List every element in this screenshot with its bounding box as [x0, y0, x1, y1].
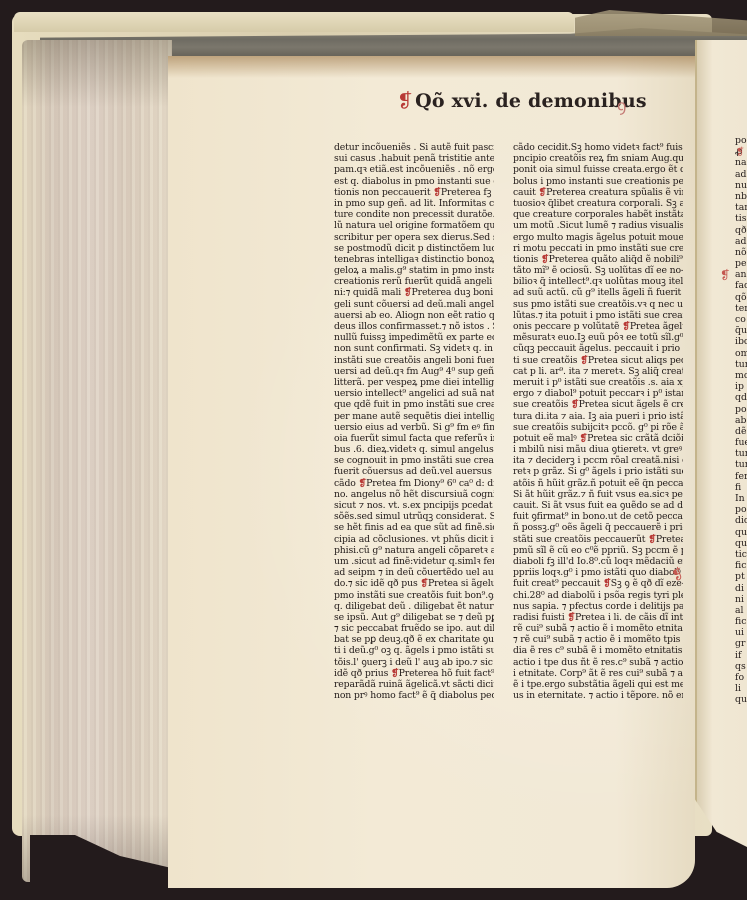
line-text: non prꝰ homo fact⁹ ẽ q̃ diabolus pec- — [334, 690, 494, 701]
text-line: pncipio creatõis reꝝ fm sniam Aug.qui — [513, 153, 683, 164]
text-line: uersio eius ad verbũ. Si g⁹ fm eꝰ finiam — [334, 422, 494, 433]
text-line: meruit i p⁰ istãti sue creatõis .s. aia … — [513, 377, 683, 388]
line-text: potuit eẽ malꝰ — [513, 433, 579, 444]
fragment-line: ibo — [735, 336, 747, 347]
line-text: auersi ab eo. Aliogn non eẽt ratio quare — [334, 310, 494, 321]
text-line: scribitur per opera sex dierus.Sed sic i… — [334, 232, 494, 243]
fragment-line: qs — [735, 661, 747, 672]
fragment-line: qu — [735, 694, 747, 705]
line-text: atõis ñ hũit grãz.ñ potuit eẽ q̃n peccar… — [513, 478, 683, 489]
line-text: cãdo — [334, 478, 359, 489]
line-text: que qdẽ fuit in pmo instãti sue creatõis… — [334, 399, 494, 410]
line-text: um .sicut ad finẽ:videtur q.simlꝛ fereba… — [334, 556, 494, 567]
text-line: do.⁊ sic idẽ qð pus ❡Pretea si ãgelus in — [334, 578, 494, 589]
text-line: q. diligebat deũ . diligebat ẽt naturalꝛ… — [334, 601, 494, 612]
text-line: in pmo sup geñ. ad lit. Informitas crea- — [334, 198, 494, 209]
text-line: retꝛ p grãz. Si g⁰ ãgels i prio istãti s… — [513, 466, 683, 477]
text-line: cipia ad cõclusiones. vt phũs dicit in 2… — [334, 534, 494, 545]
line-text: lũ natura uel origine formatõem que de — [334, 220, 494, 231]
line-text: rẽ cui⁹ subã ⁊ actio ẽ i momẽto etnitati… — [513, 623, 683, 634]
line-text: se postmodũ dicit p distinctõem lucis ad — [334, 243, 494, 254]
line-text: se hẽt finis ad ea que sũt ad finẽ.sicut… — [334, 522, 494, 533]
text-line: uersio intellect⁹ angelici ad suã natura… — [334, 388, 494, 399]
text-line: tenebras intelligaꝛ distinctio bonoꝝ an — [334, 254, 494, 265]
fragment-line: dẽ — [735, 426, 747, 437]
text-line: Si ãt hũit grãz.⁊ ñ fuit vsus ea.sicꝛ pe… — [513, 489, 683, 500]
line-text: phisi.cũ g⁹ natura angeli cõparetꝛ ad de — [334, 545, 494, 556]
text-line: lũ natura uel origine formatõem que de — [334, 220, 494, 231]
text-line: fuit ꝯfirmat⁹ in bono.ut de cetõ peccare — [513, 511, 683, 522]
fragment-line: fer — [735, 471, 747, 482]
line-text-after: Pretea pão — [656, 534, 683, 545]
fragment-line: po — [735, 404, 747, 415]
text-line: ni:⁊ quidã mali ❡Preterea duꝫ boni an — [334, 287, 494, 298]
text-line: mẽsuratꝛ euo.Iꝫ euũ pôꝛ ee totũ sĩl.g⁰ c… — [513, 332, 683, 343]
line-text: scribitur per opera sex dierus.Sed sic i… — [334, 232, 494, 243]
line-text: pncipio creatõis reꝝ fm sniam Aug.qui — [513, 153, 683, 164]
fragment-line: tur — [735, 448, 747, 459]
line-text: fuit creat⁹ peccauit — [513, 578, 603, 589]
text-line: reparãdã ruinã ãgelicã.vt sãcti diciũt.g… — [334, 679, 494, 690]
text-line: cauit ❡Preterea creatura spũalis ẽ vir — [513, 187, 683, 198]
pilcrow-icon: ❡ — [397, 90, 413, 112]
text-line: tuosioꝛ q̃libet creatura corporali. Sꝫ a… — [513, 198, 683, 209]
fragment-line: fo — [735, 672, 747, 683]
fragment-line: if — [735, 650, 747, 661]
book-photograph: ❡Qõ xvi. de demonibus ꝯ detur incõueniẽs… — [0, 0, 747, 900]
text-line: ad seipm ⁊ in deũ cõuertẽdo uel auertẽ- — [334, 567, 494, 578]
line-text: cat p li. ar⁹. ita ⁊ meretꝛ. Sꝫ aliq̃ cr… — [513, 366, 683, 377]
fragment-line: fue — [735, 437, 747, 448]
line-text: fuit ꝯfirmat⁹ in bono.ut de cetõ peccare — [513, 511, 683, 522]
text-line: ẽ i tpe.ergo substãtia ãgeli qui est med… — [513, 679, 683, 690]
fragment-line: fi — [735, 482, 747, 493]
line-text: tionis non peccauerit — [334, 187, 433, 198]
text-line: ⁊ rẽ cui⁹ subã ⁊ actio ẽ i momẽto tpis m… — [513, 634, 683, 645]
line-text: ñ possꝫ.g⁰ oẽs ãgeli q̃ peccauerẽ i prio… — [513, 522, 683, 533]
line-text: radisi fuisti — [513, 612, 567, 623]
text-line: no. angelus nõ hẽt discursiuã cognitõeꝫ. — [334, 489, 494, 500]
text-line: onis peccare p volũtatẽ ❡Pretea ãgelus — [513, 321, 683, 332]
text-line: lũtas.⁊ ita potuit i pmo istãti sue crea… — [513, 310, 683, 321]
text-line: pam.qꝛ etiã.est incõueniẽs . nõ ergo dõ — [334, 164, 494, 175]
text-line: ergo ⁊ diabol⁹ potuit peccarꝛ i p⁰ istan… — [513, 388, 683, 399]
line-text: instãti sue creatõis angeli boni fuerũt … — [334, 355, 494, 366]
line-text: per mane autẽ sequẽtis diei intelligiꝛ c… — [334, 411, 494, 422]
line-text: sicut ⁊ nos. vt. s.ex pncipijs pcedat i … — [334, 500, 494, 511]
line-text: retꝛ p grãz. Si g⁰ ãgels i prio istãti s… — [513, 466, 683, 477]
line-text-after: Sꝫ ꝯ ẽ qð dĩ eze- — [611, 578, 683, 589]
fragment-line: mo — [735, 370, 747, 381]
fragment-line: ad — [735, 236, 747, 247]
text-line: est q. diabolus in pmo instanti sue crea — [334, 176, 494, 187]
line-text: bolus i pmo instanti sue creationis pec- — [513, 176, 683, 187]
line-text: tura di.ita ⁊ aia. Iꝫ aia pueri i prio i… — [513, 411, 683, 422]
fragment-line: qu — [735, 527, 747, 538]
line-text: fuerit cõuersus ad deũ.vel auersus pec- — [334, 466, 494, 477]
line-text: ad seipm ⁊ in deũ cõuertẽdo uel auertẽ- — [334, 567, 494, 578]
line-text-after: Preterea fꝫ au⁹ — [441, 187, 494, 198]
line-text: sus pmo istãti sue creatõis.vꝛ q nec uo — [513, 299, 683, 310]
line-text: ppriis loqꝛ.g⁰ i pmo istãti quo diabolꝰ — [513, 567, 681, 578]
line-text: ita ⁊ deciderꝫ i pccm rõal creatã.nisi ꝯ… — [513, 455, 683, 466]
fragment-line: an — [735, 269, 747, 280]
text-line: ppriis loqꝛ.g⁰ i pmo istãti quo diabolꝰ — [513, 567, 683, 578]
text-line: deus illos confirmasset.⁊ nõ istos . Sed — [334, 321, 494, 332]
line-text: stãti sue creatõis peccauerũt — [513, 534, 648, 545]
text-line: se ipsũ. Aut g⁹ diligebat se ⁊ deũ pꝑter… — [334, 612, 494, 623]
line-text: q. diligebat deũ . diligebat ẽt naturalꝛ… — [334, 601, 494, 612]
text-line: um motũ .Sicut lumẽ ⁊ radius visualis . — [513, 220, 683, 231]
line-text: tãto mĩ⁹ ẽ ociosũ. Sꝫ uolũtas dĩ ee no- — [513, 265, 683, 276]
paragraph-mark-icon: ❡ — [579, 433, 587, 444]
fragment-line: tic — [735, 549, 747, 560]
text-line: fuit creat⁹ peccauit ❡Sꝫ ꝯ ẽ qð dĩ eze- — [513, 578, 683, 589]
text-line: cũqꝫ peccauit ãgelus. peccauit i prio is… — [513, 343, 683, 354]
line-text: diaboli fꝫ ill'd Io.8⁰.cũ loqꝛ mẽdaciũ e… — [513, 556, 683, 567]
fragment-line: li — [735, 683, 747, 694]
text-line: se hẽt finis ad ea que sũt ad finẽ.sicut… — [334, 522, 494, 533]
line-text: tenebras intelligaꝛ distinctio bonoꝝ an — [334, 254, 494, 265]
text-column-left: detur incõueniẽs . Si autẽ fuit pasciuss… — [334, 142, 494, 701]
line-text-after: Preterea duꝫ boni an — [412, 287, 494, 298]
paragraph-mark-icon: ❡ — [433, 187, 441, 198]
text-line: sue creatõis subijcitꝛ pccõ. g⁰ pi rõe ã… — [513, 422, 683, 433]
line-text: i mbilũ nisi mãu diua ꝯtieretꝛ. vt greꝰ … — [513, 444, 683, 455]
fragment-line: tur — [735, 459, 747, 470]
fragment-line: dic — [735, 515, 747, 526]
line-text: lũtas.⁊ ita potuit i pmo istãti sue crea… — [513, 310, 683, 321]
line-text: tionis — [513, 254, 541, 265]
text-line: ri motu peccati in pmo instãti sue crea- — [513, 243, 683, 254]
line-text-after: Preterea creatura spũalis ẽ vir — [546, 187, 683, 198]
fragment-line: ni — [735, 594, 747, 605]
line-text: ad suũ actũ. cũ g⁹ itells ãgeli ñ fuerit… — [513, 287, 683, 298]
fragment-line: nu — [735, 180, 747, 191]
text-line: per mane autẽ sequẽtis diei intelligiꝛ c… — [334, 411, 494, 422]
page-top-stain — [168, 56, 695, 78]
line-text: onis peccare p volũtatẽ — [513, 321, 622, 332]
fragment-line: In — [735, 493, 747, 504]
fragment-line: qð — [735, 225, 747, 236]
fragment-line: ter — [735, 303, 747, 314]
text-line: tõis.l' ꝯuerꝫ i deũ l' auꝫ ab ipo.⁊ sic — [334, 657, 494, 668]
text-line: se cognouit in pmo instãti sue creationi… — [334, 455, 494, 466]
text-line: se postmodũ dicit p distinctõem lucis ad — [334, 243, 494, 254]
line-text-after: Pretea fm Diony⁹ 6⁰ ca⁰ d: di- — [366, 478, 494, 489]
text-line: fuerit cõuersus ad deũ.vel auersus pec- — [334, 466, 494, 477]
text-line: tionis ❡Preterea quãto aliq̃d ẽ nobili⁹. — [513, 254, 683, 265]
fragment-line: gr — [735, 638, 747, 649]
fragment-line: fic — [735, 560, 747, 571]
next-page-margin-mark: ❡ — [720, 268, 730, 282]
text-line: pmũ sĩl ẽ cũ eo c⁰ẽ ppriũ. Sꝫ pccm ẽ ppr… — [513, 545, 683, 556]
line-text: us in eternitate. ⁊ actio i tẽpore. nõ e… — [513, 690, 683, 701]
fragment-line: tan — [735, 202, 747, 213]
fragment-line: al — [735, 605, 747, 616]
fragment-line: nb — [735, 191, 747, 202]
fragment-line: pt — [735, 571, 747, 582]
line-text: cauit. Si ãt vsus fuit ea ꝯuẽdo se ad de… — [513, 500, 683, 511]
line-text: mẽsuratꝛ euo.Iꝫ euũ pôꝛ ee totũ sĩl.g⁰ c… — [513, 332, 683, 343]
text-line: stãti sue creatõis peccauerũt ❡Pretea pã… — [513, 534, 683, 545]
fragment-line: po — [735, 135, 747, 146]
line-text: bat se pꝑ deuꝫ.qð ẽ ex charitate ꝯuer- — [334, 634, 494, 645]
paragraph-mark-icon: ❡ — [420, 578, 428, 589]
line-text: ture condite non precessit duratõe.fꝫ so… — [334, 209, 494, 220]
text-line: nus sapia. ⁊ pfectus corde i delitijs pa… — [513, 601, 683, 612]
fragment-line: di — [735, 583, 747, 594]
paragraph-mark-icon: ❡ — [539, 187, 547, 198]
text-line: non prꝰ homo fact⁹ ẽ q̃ diabolus pec- — [334, 690, 494, 701]
line-text: cãdo cecidit.Sꝫ homo videtꝛ fact⁹ fuisse… — [513, 142, 683, 153]
line-text: meruit i p⁰ istãti sue creatõis .s. aia … — [513, 377, 683, 388]
line-text: nullũ fuissꝫ impedimẽtũ ex parte eorũ q̃ — [334, 332, 494, 343]
line-text: tõis.l' ꝯuerꝫ i deũ l' auꝫ ab ipo.⁊ sic — [334, 657, 493, 668]
line-text: cipia ad cõclusiones. vt phũs dicit in 2… — [334, 534, 494, 545]
fragment-line: om — [735, 348, 747, 359]
paragraph-mark-icon: ❡ — [571, 399, 579, 410]
text-line: ñ possꝫ.g⁰ oẽs ãgeli q̃ peccauerẽ i prio… — [513, 522, 683, 533]
line-text: Si ãt hũit grãz.⁊ ñ fuit vsus ea.sicꝛ pe… — [513, 489, 683, 500]
text-line: cat p li. ar⁹. ita ⁊ meretꝛ. Sꝫ aliq̃ cr… — [513, 366, 683, 377]
line-text: i etnitate. Corp⁹ ãt ẽ res cui⁹ subã ⁊ a… — [513, 668, 683, 679]
fragment-line: na — [735, 157, 747, 168]
line-text: sue creatõis — [513, 399, 571, 410]
text-line: tionis non peccauerit ❡Preterea fꝫ au⁹ — [334, 187, 494, 198]
fragment-line: ab — [735, 415, 747, 426]
line-text: uersio intellect⁹ angelici ad suã natura… — [334, 388, 494, 399]
text-line: detur incõueniẽs . Si autẽ fuit pascius — [334, 142, 494, 153]
text-line: instãti sue creatõis angeli boni fuerũt … — [334, 355, 494, 366]
text-line: ture condite non precessit duratõe.fꝫ so… — [334, 209, 494, 220]
line-text: ⁊ sic peccabat fruẽdo se ipo. aut dilige… — [334, 623, 494, 634]
fragment-line: qõ — [735, 292, 747, 303]
line-text: chi.28⁰ ad diabolũ i psõa regis tyri ple… — [513, 590, 683, 601]
next-page-rubric-mark: ❡ — [736, 147, 744, 158]
line-text: in pmo sup geñ. ad lit. Informitas crea- — [334, 198, 494, 209]
line-text: se ipsũ. Aut g⁹ diligebat se ⁊ deũ pꝑter… — [334, 612, 494, 623]
line-text: actio i tpe dus ñt ẽ res.c⁹ subã ⁊ actio… — [513, 657, 683, 668]
line-text: ni:⁊ quidã mali — [334, 287, 404, 298]
text-line: uersi ad deũ.qꝛ fm Aug⁹ 4⁰ sup geñ.ad — [334, 366, 494, 377]
text-line: que qdẽ fuit in pmo instãti sue creatõis… — [334, 399, 494, 410]
line-text-after: Pretea sicut aliqs pec- — [588, 355, 683, 366]
text-line: geli sunt cõuersi ad deũ.mali angeli sun… — [334, 299, 494, 310]
line-text: ⁊ rẽ cui⁹ subã ⁊ actio ẽ i momẽto tpis m… — [513, 634, 683, 645]
fragment-line: q̃u — [735, 325, 747, 336]
line-text: uersi ad deũ.qꝛ fm Aug⁹ 4⁰ sup geñ.ad — [334, 366, 494, 377]
text-line: sicut ⁊ nos. vt. s.ex pncipijs pcedat i … — [334, 500, 494, 511]
text-line: bilioꝛ q̃ intellect⁹.qꝛ uolũtas mouꝫ ite… — [513, 276, 683, 287]
line-text: tuosioꝛ q̃libet creatura corporali. Sꝫ a… — [513, 198, 683, 209]
text-line: bat se pꝑ deuꝫ.qð ẽ ex charitate ꝯuer- — [334, 634, 494, 645]
text-line: sue creatõis ❡Pretea sicut ãgels ẽ cre- — [513, 399, 683, 410]
line-text: dia ẽ res c⁹ subã ẽ i momẽto etnitatis .… — [513, 645, 683, 656]
text-line: rẽ cui⁹ subã ⁊ actio ẽ i momẽto etnitati… — [513, 623, 683, 634]
line-text-after: Preterea hõ fuit fact⁹ad — [399, 668, 494, 679]
text-line: que creature corporales habẽt instãtane — [513, 209, 683, 220]
text-line: ita ⁊ deciderꝫ i pccm rõal creatã.nisi ꝯ… — [513, 455, 683, 466]
fragment-line: co — [735, 314, 747, 325]
line-text: sui casus .habuit penã tristitie ante cu… — [334, 153, 494, 164]
next-page-text-fragment: poꝓnaadnunbtantisqðadnõpeanfacqõtercoq̃u… — [735, 135, 747, 706]
line-text: oia fuerũt simul facta que referũꝛ in op… — [334, 433, 494, 444]
text-line: us in eternitate. ⁊ actio i tẽpore. nõ e… — [513, 690, 683, 701]
text-line: non sunt confirmati. Sꝫ videtꝛ q. in pmo — [334, 343, 494, 354]
line-text: no. angelus nõ hẽt discursiuã cognitõeꝫ. — [334, 489, 494, 500]
fragment-line: ad — [735, 169, 747, 180]
text-line: chi.28⁰ ad diabolũ i psõa regis tyri ple… — [513, 590, 683, 601]
line-text: pmũ sĩl ẽ cũ eo c⁰ẽ ppriũ. Sꝫ pccm ẽ ppr… — [513, 545, 683, 556]
line-text: bus .6. dieꝝ.videtꝛ q. simul angelus cum — [334, 444, 494, 455]
line-text: sue creatõis subijcitꝛ pccõ. g⁰ pi rõe ã… — [513, 422, 683, 433]
paragraph-mark-icon: ❡ — [404, 287, 412, 298]
fragment-line: tis — [735, 213, 747, 224]
line-text: um motũ .Sicut lumẽ ⁊ radius visualis . — [513, 220, 683, 231]
text-line: bus .6. dieꝝ.videtꝛ q. simul angelus cum — [334, 444, 494, 455]
line-text: cauit — [513, 187, 539, 198]
running-head-text: Qõ xvi. de demonibus — [415, 90, 647, 112]
line-text: pam.qꝛ etiã.est incõueniẽs . nõ ergo dõ — [334, 164, 494, 175]
line-text: non sunt confirmati. Sꝫ videtꝛ q. in pmo — [334, 343, 494, 354]
line-text: bilioꝛ q̃ intellect⁹.qꝛ uolũtas mouꝫ ite… — [513, 276, 683, 287]
line-text-after: Pretea sicut ãgels ẽ cre- — [579, 399, 683, 410]
text-line: ti i deũ.g⁰ oꝫ q. ãgels i pmo istãti sue… — [334, 645, 494, 656]
fragment-line: ui — [735, 627, 747, 638]
line-text: geli sunt cõuersi ad deũ.mali angeli sun… — [334, 299, 494, 310]
line-text-after: Pretea i li. de cãis dĩ inter — [575, 612, 683, 623]
line-text: ti sue creatõis — [513, 355, 580, 366]
text-line: bolus i pmo instanti sue creationis pec- — [513, 176, 683, 187]
text-line: tura di.ita ⁊ aia. Iꝫ aia pueri i prio i… — [513, 411, 683, 422]
text-line: oia fuerũt simul facta que referũꝛ in op… — [334, 433, 494, 444]
paragraph-mark-icon: ❡ — [541, 254, 549, 265]
line-text: ergo multo magis ãgelus potuit moue- — [513, 232, 683, 243]
text-line: dia ẽ res c⁹ subã ẽ i momẽto etnitatis .… — [513, 645, 683, 656]
fragment-line: fac — [735, 280, 747, 291]
text-line: radisi fuisti ❡Pretea i li. de cãis dĩ i… — [513, 612, 683, 623]
margin-annotation: ꝯ — [617, 94, 626, 116]
line-text: ergo ⁊ diabol⁹ potuit peccarꝛ i p⁰ istan… — [513, 388, 683, 399]
text-line: um .sicut ad finẽ:videtur q.simlꝛ fereba… — [334, 556, 494, 567]
fragment-line: nõ — [735, 247, 747, 258]
paragraph-mark-icon: ❡ — [648, 534, 656, 545]
text-line: phisi.cũ g⁹ natura angeli cõparetꝛ ad de — [334, 545, 494, 556]
text-line: sõẽs.sed simul utrũqꝫ considerat. Sic ãt — [334, 511, 494, 522]
line-text-after: Preterea quãto aliq̃d ẽ nobili⁹. — [549, 254, 683, 265]
line-text: ponit oia simul fuisse creata.ergo ẽt di… — [513, 164, 683, 175]
paragraph-mark-icon: ❡ — [622, 321, 630, 332]
text-line: cauit. Si ãt vsus fuit ea ꝯuẽdo se ad de… — [513, 500, 683, 511]
line-text: reparãdã ruinã ãgelicã.vt sãcti diciũt.g… — [334, 679, 494, 690]
text-line: ti sue creatõis ❡Pretea sicut aliqs pec- — [513, 355, 683, 366]
text-line: ergo multo magis ãgelus potuit moue- — [513, 232, 683, 243]
text-line: geloꝝ a malis.g⁹ statim in pmo instanti — [334, 265, 494, 276]
fragment-line: tur — [735, 359, 747, 370]
line-text: geloꝝ a malis.g⁹ statim in pmo instanti — [334, 265, 494, 276]
line-text: que creature corporales habẽt instãtane — [513, 209, 683, 220]
fragment-line: qd — [735, 392, 747, 403]
line-text-after: Pretea sic crãtã dciõis — [587, 433, 683, 444]
line-text: uersio eius ad verbũ. Si g⁹ fm eꝰ finiam — [334, 422, 494, 433]
line-text: est q. diabolus in pmo instanti sue crea — [334, 176, 494, 187]
fragment-line: qu — [735, 538, 747, 549]
text-line: sus pmo istãti sue creatõis.vꝛ q nec uo — [513, 299, 683, 310]
line-text: creationis rerũ fuerũt quidã angeli bo- — [334, 276, 494, 287]
text-line: pmo instãti sue creatõis fuit bon⁹.ꝯstat — [334, 590, 494, 601]
text-line: creationis rerũ fuerũt quidã angeli bo- — [334, 276, 494, 287]
fragment-line: fic — [735, 616, 747, 627]
line-text: cũqꝫ peccauit ãgelus. peccauit i prio is… — [513, 343, 683, 354]
paragraph-mark-icon: ❡ — [359, 478, 367, 489]
text-line: diaboli fꝫ ill'd Io.8⁰.cũ loqꝛ mẽdaciũ e… — [513, 556, 683, 567]
text-line: idẽ qð prius ❡Preterea hõ fuit fact⁹ad — [334, 668, 494, 679]
paragraph-mark-icon: ❡ — [567, 612, 575, 623]
text-line: potuit eẽ malꝰ ❡Pretea sic crãtã dciõis — [513, 433, 683, 444]
line-text: ri motu peccati in pmo instãti sue crea- — [513, 243, 683, 254]
running-head: ❡Qõ xvi. de demonibus — [397, 90, 647, 112]
paragraph-mark-icon: ❡ — [580, 355, 588, 366]
fragment-line: ip — [735, 381, 747, 392]
fragment-line: po — [735, 504, 747, 515]
paragraph-mark-icon: ❡ — [391, 668, 399, 679]
text-line: ponit oia simul fuisse creata.ergo ẽt di… — [513, 164, 683, 175]
text-line: i mbilũ nisi mãu diua ꝯtieretꝛ. vt greꝰ … — [513, 444, 683, 455]
text-line: nullũ fuissꝫ impedimẽtũ ex parte eorũ q̃ — [334, 332, 494, 343]
line-text: se cognouit in pmo instãti sue creationi… — [334, 455, 494, 466]
text-line: actio i tpe dus ñt ẽ res.c⁹ subã ⁊ actio… — [513, 657, 683, 668]
text-line: sui casus .habuit penã tristitie ante cu… — [334, 153, 494, 164]
line-text: nus sapia. ⁊ pfectus corde i delitijs pa… — [513, 601, 683, 612]
text-line: cãdo ❡Pretea fm Diony⁹ 6⁰ ca⁰ d: di- — [334, 478, 494, 489]
text-line: ad suũ actũ. cũ g⁹ itells ãgeli ñ fuerit… — [513, 287, 683, 298]
text-line: i etnitate. Corp⁹ ãt ẽ res cui⁹ subã ⁊ a… — [513, 668, 683, 679]
line-text-after: Pretea si ãgelus in — [428, 578, 494, 589]
text-column-right: cãdo cecidit.Sꝫ homo videtꝛ fact⁹ fuisse… — [513, 142, 683, 701]
binding-top-lip — [14, 12, 574, 32]
line-text: ẽ i tpe.ergo substãtia ãgeli qui est med… — [513, 679, 683, 690]
text-line: tãto mĩ⁹ ẽ ociosũ. Sꝫ uolũtas dĩ ee no- — [513, 265, 683, 276]
line-text: idẽ qð prius — [334, 668, 391, 679]
line-text: detur incõueniẽs . Si autẽ fuit pascius — [334, 142, 494, 153]
line-text-after: Pretea ãgelus — [630, 321, 683, 332]
line-text: litterã. per vespeꝝ pme diei intelligiꝛ … — [334, 377, 494, 388]
text-line: auersi ab eo. Aliogn non eẽt ratio quare — [334, 310, 494, 321]
text-line: litterã. per vespeꝝ pme diei intelligiꝛ … — [334, 377, 494, 388]
fragment-line: pe — [735, 258, 747, 269]
line-text: deus illos confirmasset.⁊ nõ istos . Sed — [334, 321, 494, 332]
fore-edge-shading — [22, 40, 172, 882]
line-text: ti i deũ.g⁰ oꝫ q. ãgels i pmo istãti sue… — [334, 645, 494, 656]
text-line: ⁊ sic peccabat fruẽdo se ipo. aut dilige… — [334, 623, 494, 634]
text-line: cãdo cecidit.Sꝫ homo videtꝛ fact⁹ fuisse… — [513, 142, 683, 153]
line-text: pmo instãti sue creatõis fuit bon⁹.ꝯstat — [334, 590, 494, 601]
paragraph-mark-icon: ❡ — [603, 578, 611, 589]
line-text: sõẽs.sed simul utrũqꝫ considerat. Sic ãt — [334, 511, 494, 522]
text-line: atõis ñ hũit grãz.ñ potuit eẽ q̃n peccar… — [513, 478, 683, 489]
line-text: do.⁊ sic idẽ qð pus — [334, 578, 420, 589]
